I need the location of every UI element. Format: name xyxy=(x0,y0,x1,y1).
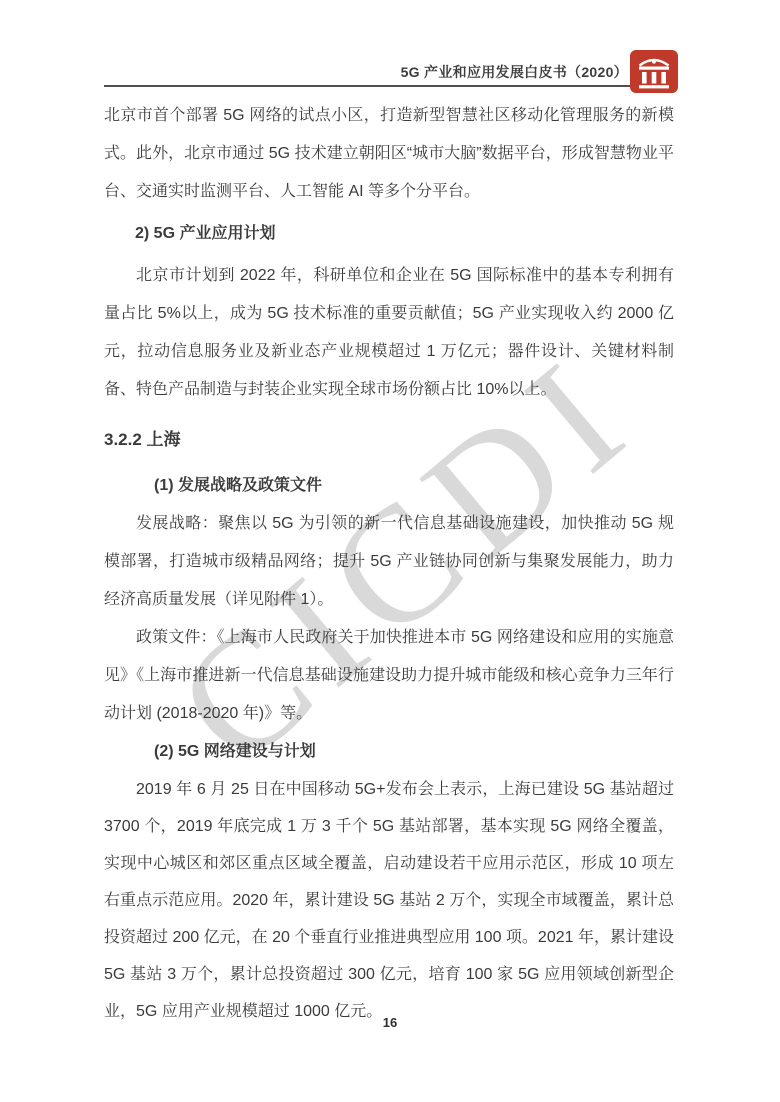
heading-network-construction-plan: (2) 5G 网络建设与计划 xyxy=(104,733,674,771)
classical-building-logo-icon xyxy=(630,50,678,93)
page-header: 5G 产业和应用发展白皮书（2020） xyxy=(0,0,780,96)
paragraph-beijing-2022-targets: 北京市计划到 2022 年，科研单位和企业在 5G 国际标准中的基本专利拥有量占… xyxy=(104,257,674,409)
paragraph-policy-documents: 政策文件：《上海市人民政府关于加快推进本市 5G 网络建设和应用的实施意见》《上… xyxy=(104,619,674,733)
header-divider xyxy=(104,85,674,87)
document-page: CICDI 5G 产业和应用发展白皮书（2020） 北京市首个部署 5G 网络的… xyxy=(0,0,780,1102)
section-heading-shanghai: 3.2.2 上海 xyxy=(104,421,674,459)
document-title: 5G 产业和应用发展白皮书（2020） xyxy=(401,62,628,82)
page-footer: 16 xyxy=(0,1014,780,1032)
page-number: 16 xyxy=(383,1015,397,1030)
paragraph-shanghai-network-plan: 2019 年 6 月 25 日在中国移动 5G+发布会上表示，上海已建设 5G … xyxy=(104,771,674,1030)
heading-5g-industry-application-plan: 2) 5G 产业应用计划 xyxy=(104,215,674,253)
paragraph-beijing-smart-community: 北京市首个部署 5G 网络的试点小区，打造新型智慧社区移动化管理服务的新模式。此… xyxy=(104,97,674,211)
page-body: 北京市首个部署 5G 网络的试点小区，打造新型智慧社区移动化管理服务的新模式。此… xyxy=(104,97,674,1030)
heading-strategy-policy-documents: (1) 发展战略及政策文件 xyxy=(104,467,674,505)
paragraph-development-strategy: 发展战略：聚焦以 5G 为引领的新一代信息基础设施建设，加快推动 5G 规模部署… xyxy=(104,505,674,619)
